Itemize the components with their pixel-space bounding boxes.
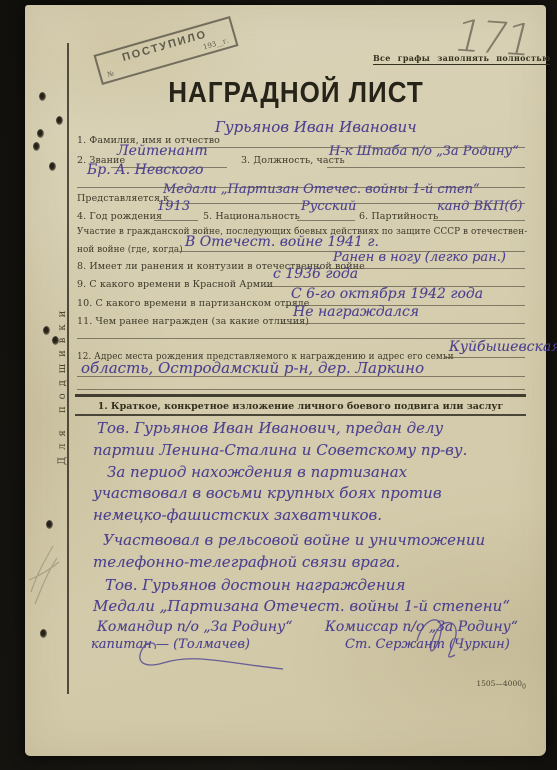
presented-to-label: Представляется к (77, 193, 169, 204)
rule-line (154, 220, 198, 221)
document-paper: Для подшивки ПОСТУПИЛО № 193__г. 171 Все… (25, 5, 546, 756)
rule-line (433, 220, 525, 221)
pencil-scribble (19, 540, 69, 620)
punch-hole (56, 116, 63, 125)
punch-hole (37, 129, 44, 138)
print-code: 1505—40000 (440, 679, 526, 691)
field-9-label: 9. С какого времени в Красной Армии (77, 279, 273, 290)
body-line: Тов. Гурьянов достоин награждения (105, 576, 405, 594)
field-12-value-line2: область, Остродамский р-н, дер. Ларкино (81, 359, 424, 377)
field-3-value: Н-к Штаба п/о „За Родину“ (329, 144, 519, 159)
field-5-label: 5. Национальность (203, 211, 300, 222)
page-title: НАГРАДНОЙ ЛИСТ (146, 75, 446, 110)
punch-hole (40, 629, 47, 638)
field-3-value-continued: Бр. А. Невского (87, 162, 203, 178)
signature-flourish-left (115, 639, 295, 679)
rule-line (445, 357, 525, 358)
field-7-label-line2: ной войне (где, когда) (77, 245, 183, 255)
print-code-sub: 0 (522, 684, 526, 691)
presented-to-value: Медали „Партизан Отечес. войны 1-й степ“ (163, 182, 480, 197)
punch-hole (46, 520, 53, 529)
punch-hole (33, 142, 40, 151)
field-9-value: с 1936 года (273, 266, 358, 282)
field-5-value: Русский (301, 199, 356, 214)
margin-vertical-text: Для подшивки (57, 304, 68, 465)
body-line: За период нахождения в партизанах (107, 463, 407, 481)
field-6-value: канд ВКП(б) (437, 199, 522, 214)
rule-line (327, 167, 525, 168)
field-4-label: 4. Год рождения (77, 211, 162, 222)
field-8-value: Ранен в ногу (легко ран.) (333, 250, 506, 265)
rule-line (329, 268, 525, 269)
section-rule-bottom (75, 414, 526, 416)
body-line: Участвовал в рельсовой войне и уничтожен… (103, 531, 485, 549)
print-code-main: 1505—4000 (476, 679, 522, 688)
body-line: Тов. Гурьянов Иван Иванович, предан делу (97, 419, 443, 437)
field-10-value: С 6-го октября 1942 года (291, 286, 483, 302)
field-6-label: 6. Партийность (359, 211, 438, 222)
scan-background: { "scan": { "pencil_number": "171", "sta… (0, 0, 557, 770)
section-heading: 1. Краткое, конкретное изложение личного… (75, 401, 526, 412)
body-line: телефонно-телеграфной связи врага. (93, 553, 400, 571)
signature-flourish-right (403, 611, 513, 667)
section-rule-top (75, 394, 526, 397)
field-2-value: Лейтенант (117, 143, 208, 159)
field-7-value: В Отечест. войне 1941 г. (185, 234, 379, 250)
body-line: партии Ленина-Сталина и Советскому пр-ву… (93, 441, 467, 459)
rule-line (77, 389, 525, 390)
field-10-label: 10. С какого времени в партизанском отря… (77, 298, 309, 309)
signature-left-role: Командир п/о „За Родину“ (97, 619, 292, 635)
field-12-value-line1: Куйбышевская (449, 339, 557, 355)
field-11-label: 11. Чем ранее награжден (за какие отличи… (77, 316, 309, 327)
rule-line (297, 220, 355, 221)
punch-hole (52, 336, 59, 345)
punch-hole (43, 326, 50, 335)
field-4-value: 1913 (157, 199, 190, 214)
field-1-value: Гурьянов Иван Иванович (215, 118, 417, 136)
rule-line (281, 323, 525, 324)
punch-hole (39, 92, 46, 101)
rule-line (77, 376, 525, 377)
field-11-value: Не награждался (293, 304, 419, 320)
body-line: немецко-фашистских захватчиков. (93, 506, 382, 524)
body-line: участвовал в восьми крупных боях против (93, 484, 442, 502)
fill-all-fields-note: Все графы заполнять полностью (373, 53, 550, 65)
stamp-number-label: № (106, 69, 115, 79)
punch-hole (49, 162, 56, 171)
